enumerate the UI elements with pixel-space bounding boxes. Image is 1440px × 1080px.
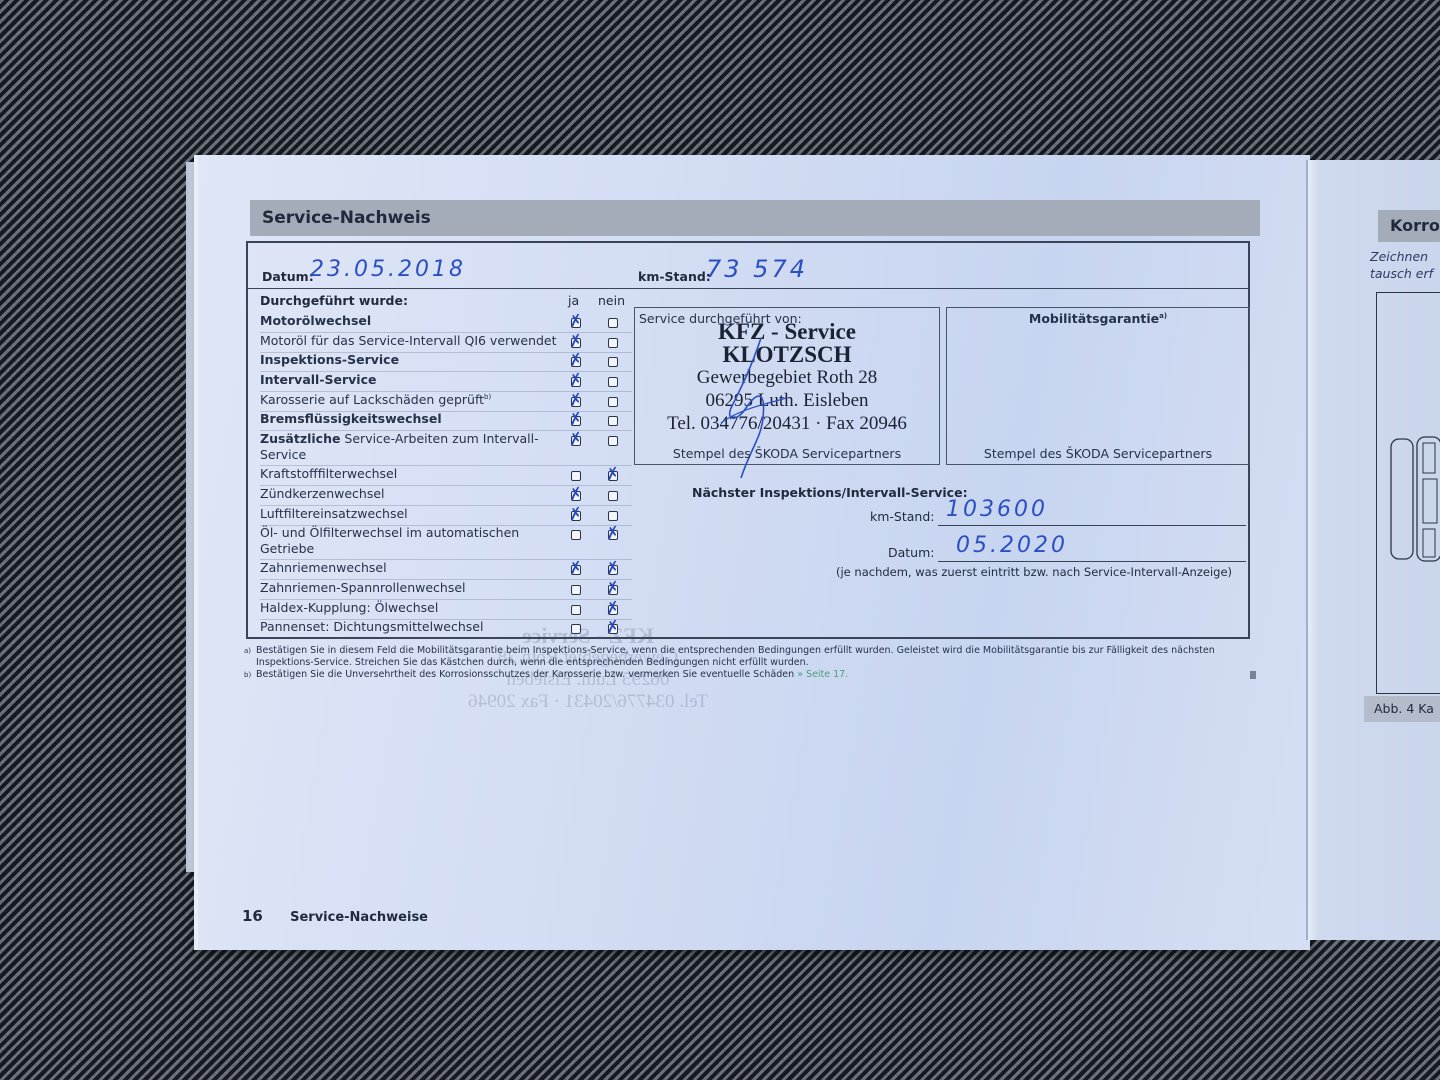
checklist-row: Intervall-Service✗ [260,372,630,392]
checkbox-ja[interactable] [571,624,581,634]
check-mark-icon: ✗ [605,599,621,617]
check-mark-icon: ✗ [568,430,584,448]
check-mark-icon: ✗ [568,504,584,522]
end-mark [1250,671,1256,679]
page-footer: 16 Service-Nachweise [242,907,428,925]
checklist-row: Zahnriemenwechsel✗✗ [260,560,630,580]
checklist-row: Kraftstofffilterwechsel✗ [260,466,630,486]
yes-header: ja [568,293,579,308]
checkbox-nein[interactable] [608,377,618,387]
checklist-label: Zusätzliche Service-Arbeiten zum Interva… [260,431,539,462]
car-diagram-icon [1385,433,1440,573]
next-km-value[interactable]: 103600 [946,497,1048,522]
checklist-label: Haldex-Kupplung: Ölwechsel [260,600,438,615]
checklist-label: Pannenset: Dichtungsmittelwechsel [260,619,483,634]
checklist-row: Luftfiltereinsatzwechsel✗ [260,506,630,526]
right-intro: Zeichnen tausch erf [1370,248,1433,282]
figure-frame [1376,292,1440,694]
next-km-label: km-Stand: [870,509,935,524]
checklist-row: Pannenset: Dichtungsmittelwechsel✗ [260,619,630,639]
next-date-label: Datum: [888,545,935,560]
next-date-value[interactable]: 05.2020 [956,533,1068,558]
check-mark-icon: ✗ [605,559,621,577]
next-km-line [938,525,1246,526]
page-number: 16 [242,907,263,925]
date-value[interactable]: 23.05.2018 [310,257,466,282]
checklist-label: Öl- und Ölfilterwechsel im automatischen… [260,525,519,556]
checklist-label: Luftfiltereinsatzwechsel [260,506,408,521]
check-mark-icon: ✗ [605,618,621,636]
checkbox-nein[interactable] [608,511,618,521]
check-mark-icon: ✗ [568,332,584,350]
checklist-label: Zahnriemenwechsel [260,560,387,575]
checkbox-nein[interactable] [608,357,618,367]
checklist-label: Zündkerzenwechsel [260,486,385,501]
check-mark-icon: ✗ [568,391,584,409]
checklist-row: Zahnriemen-Spannrollenwechsel✗ [260,580,630,600]
checklist-row: Zusätzliche Service-Arbeiten zum Interva… [260,431,560,466]
footnote-b: b)Bestätigen Sie die Unversehrtheit des … [244,669,1264,681]
km-label: km-Stand: [638,269,711,284]
km-value[interactable]: 73 574 [706,255,808,283]
checkbox-nein[interactable] [608,318,618,328]
checkbox-nein[interactable] [608,338,618,348]
checkbox-ja[interactable] [571,585,581,595]
mobility-guarantee-box: Mobilitätsgarantiea) Stempel des ŠKODA S… [946,307,1250,465]
row-divider [260,638,632,639]
checklist-label: Motoröl für das Service-Intervall QI6 ve… [260,333,557,348]
service-form: Datum: 23.05.2018 km-Stand: 73 574 Durch… [246,241,1250,639]
checklist-label: Zahnriemen-Spannrollenwechsel [260,580,466,595]
checklist-label: Karosserie auf Lackschäden geprüftb) [260,392,491,407]
next-date-line [938,561,1246,562]
checkbox-nein[interactable] [608,416,618,426]
checkbox-nein[interactable] [608,397,618,407]
checklist-row: Haldex-Kupplung: Ölwechsel✗ [260,600,630,620]
page-section: Service-Nachweise [290,910,428,925]
checkbox-ja[interactable] [571,605,581,615]
mobility-guarantee-footer: Stempel des ŠKODA Servicepartners [947,446,1249,461]
check-mark-icon: ✗ [605,465,621,483]
checklist-row: Öl- und Ölfilterwechsel im automatischen… [260,525,560,560]
checklist: Motorölwechsel✗Motoröl für das Service-I… [260,313,630,639]
next-service-note: (je nachdem, was zuerst eintritt bzw. na… [836,565,1232,579]
footnotes: a)Bestätigen Sie in diesem Feld die Mobi… [244,645,1264,681]
footnote-a: a)Bestätigen Sie in diesem Feld die Mobi… [244,645,1264,669]
left-page: Service-Nachweis KFZ - Service Gewerbege… [198,155,1310,950]
right-section-title: Korro [1378,210,1440,242]
check-mark-icon: ✗ [605,524,621,542]
check-mark-icon: ✗ [605,579,621,597]
performed-label: Durchgeführt wurde: [260,293,408,308]
section-title: Service-Nachweis [250,200,1260,236]
checkbox-ja[interactable] [571,471,581,481]
mobility-guarantee-title: Mobilitätsgarantiea) [947,311,1249,326]
next-service-title: Nächster Inspektions/Intervall-Service: [692,485,968,500]
check-mark-icon: ✗ [568,410,584,428]
checklist-label: Intervall-Service [260,372,376,387]
check-mark-icon: ✗ [568,371,584,389]
check-mark-icon: ✗ [568,351,584,369]
date-label: Datum: [262,269,314,284]
checklist-row: Motorölwechsel✗ [260,313,630,333]
no-header: nein [598,293,625,308]
check-mark-icon: ✗ [568,312,584,330]
checkbox-ja[interactable] [571,530,581,540]
checkbox-nein[interactable] [608,436,618,446]
checklist-label: Kraftstofffilterwechsel [260,466,397,481]
page-link[interactable]: » Seite 17. [797,669,848,680]
check-mark-icon: ✗ [568,485,584,503]
checklist-label: Motorölwechsel [260,313,371,328]
date-km-row: Datum: 23.05.2018 km-Stand: 73 574 [248,243,1248,289]
figure-caption: Abb. 4 Ka [1364,696,1440,722]
check-mark-icon: ✗ [568,559,584,577]
checklist-label: Bremsflüssigkeitswechsel [260,411,442,426]
checklist-row: Zündkerzenwechsel✗ [260,486,630,506]
service-partner-box: Service durchgeführt von: KFZ - Service … [634,307,940,465]
right-page: Korro Zeichnen tausch erf Abb. 4 Ka [1306,160,1440,940]
service-partner-footer: Stempel des ŠKODA Servicepartners [635,446,939,461]
checkbox-nein[interactable] [608,491,618,501]
checklist-label: Inspektions-Service [260,352,399,367]
